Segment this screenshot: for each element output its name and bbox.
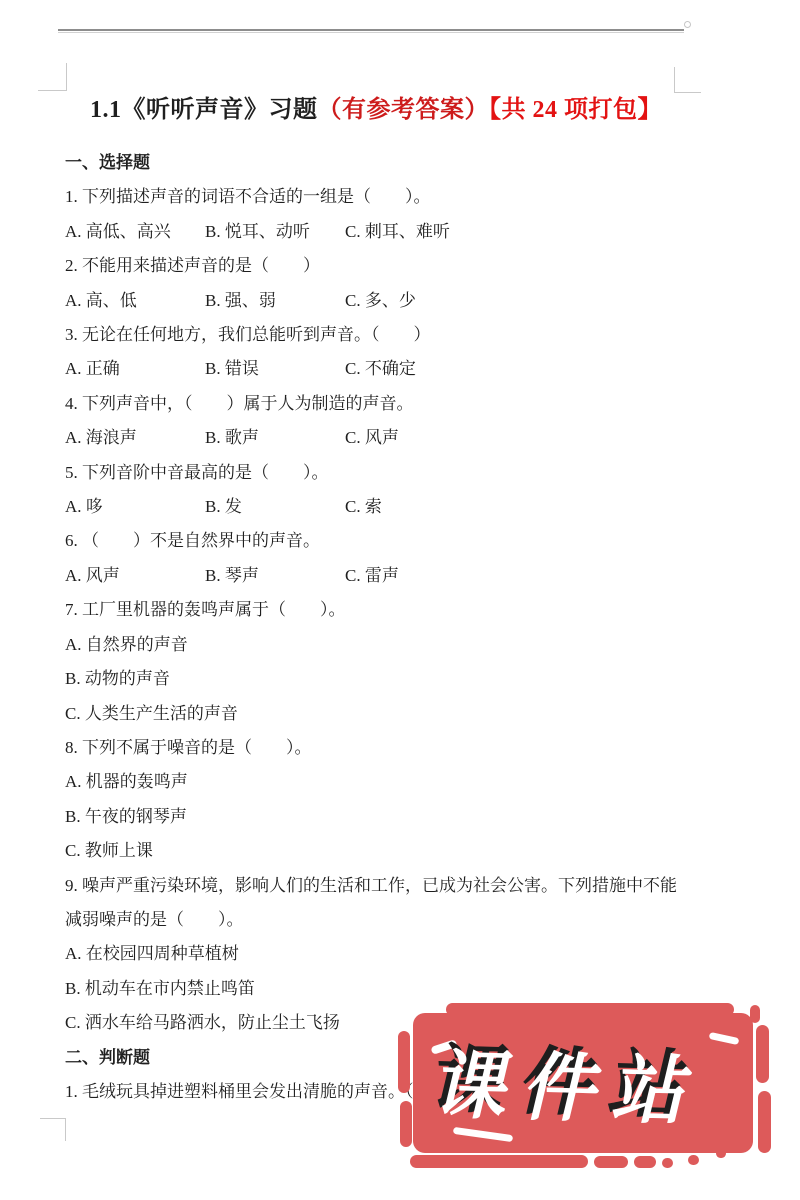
option-item: A. 海浪声 [65,421,205,455]
question-text: 5. 下列音阶中音最高的是（ ）。 [65,456,689,490]
option-item: C. 刺耳、难听 [345,215,485,249]
page-title-pack: 【共 24 项打包】 [489,97,662,123]
question-text: 1. 下列描述声音的词语不合适的一组是（ ）。 [65,180,689,214]
stamp-stroke [662,1158,673,1168]
content: 一、选择题1. 下列描述声音的词语不合适的一组是（ ）。A. 高低、高兴B. 悦… [65,146,689,1109]
option-item: A. 哆 [65,490,205,524]
option-item: C. 多、少 [345,284,485,318]
text-boundary-mark-top-right [674,67,701,93]
option-item: A. 在校园四周种草植树 [65,937,689,971]
option-item: C. 索 [345,490,485,524]
stamp-text: 课件站 [393,1013,753,1154]
option-item: A. 高、低 [65,284,205,318]
option-item: A. 风声 [65,559,205,593]
stamp-stroke [758,1091,771,1153]
option-item: B. 强、弱 [205,284,345,318]
option-item: C. 风声 [345,421,485,455]
option-row: A. 正确B. 错误C. 不确定 [65,352,689,386]
page-title: 1.1《听听声音》习题（有参考答案）【共 24 项打包】 [65,95,687,125]
option-item: B. 发 [205,490,345,524]
option-item: B. 歌声 [205,421,345,455]
option-item: B. 动物的声音 [65,662,689,696]
page-title-note: （有参考答案） [318,97,490,123]
stamp-stroke [688,1155,699,1165]
option-row: A. 高、低B. 强、弱C. 多、少 [65,284,689,318]
question-text: 9. 噪声严重污染环境，影响人们的生活和工作，已成为社会公害。下列措施中不能减弱… [65,869,689,938]
option-item: B. 琴声 [205,559,345,593]
stamp-stroke [410,1155,588,1168]
question-text: 6. （ ）不是自然界中的声音。 [65,524,689,558]
kejianzhan-stamp: 课件站 [398,1003,778,1178]
option-row: A. 风声B. 琴声C. 雷声 [65,559,689,593]
question-text: 4. 下列声音中，（ ）属于人为制造的声音。 [65,387,689,421]
option-item: A. 高低、高兴 [65,215,205,249]
stamp-stroke [594,1156,628,1168]
stamp-stroke [634,1156,656,1168]
worksheet-page: { "page": { "title": { "main": "1.1《听听声音… [0,0,800,1200]
option-item: A. 机器的轰鸣声 [65,765,689,799]
option-item: C. 人类生产生活的声音 [65,697,689,731]
page-title-main: 1.1《听听声音》习题 [90,97,318,123]
stamp-stroke [756,1025,769,1083]
option-row: A. 高低、高兴B. 悦耳、动听C. 刺耳、难听 [65,215,689,249]
option-item: B. 悦耳、动听 [205,215,345,249]
option-item: B. 错误 [205,352,345,386]
header-rule-end-mark [684,21,691,28]
option-item: A. 自然界的声音 [65,628,689,662]
question-text: 7. 工厂里机器的轰鸣声属于（ ）。 [65,593,689,627]
option-item: C. 教师上课 [65,834,689,868]
option-item: C. 雷声 [345,559,485,593]
question-text: 8. 下列不属于噪音的是（ ）。 [65,731,689,765]
section-heading: 一、选择题 [65,146,689,180]
question-text: 2. 不能用来描述声音的是（ ） [65,249,689,283]
text-boundary-mark-top-left [38,63,67,91]
option-item: C. 不确定 [345,352,485,386]
option-item: A. 正确 [65,352,205,386]
option-item: B. 午夜的钢琴声 [65,800,689,834]
text-boundary-mark-bottom-left [40,1118,66,1141]
header-rule [58,29,684,31]
question-text: 3. 无论在任何地方，我们总能听到声音。（ ） [65,318,689,352]
option-row: A. 海浪声B. 歌声C. 风声 [65,421,689,455]
option-row: A. 哆B. 发C. 索 [65,490,689,524]
option-item: B. 机动车在市内禁止鸣笛 [65,972,689,1006]
